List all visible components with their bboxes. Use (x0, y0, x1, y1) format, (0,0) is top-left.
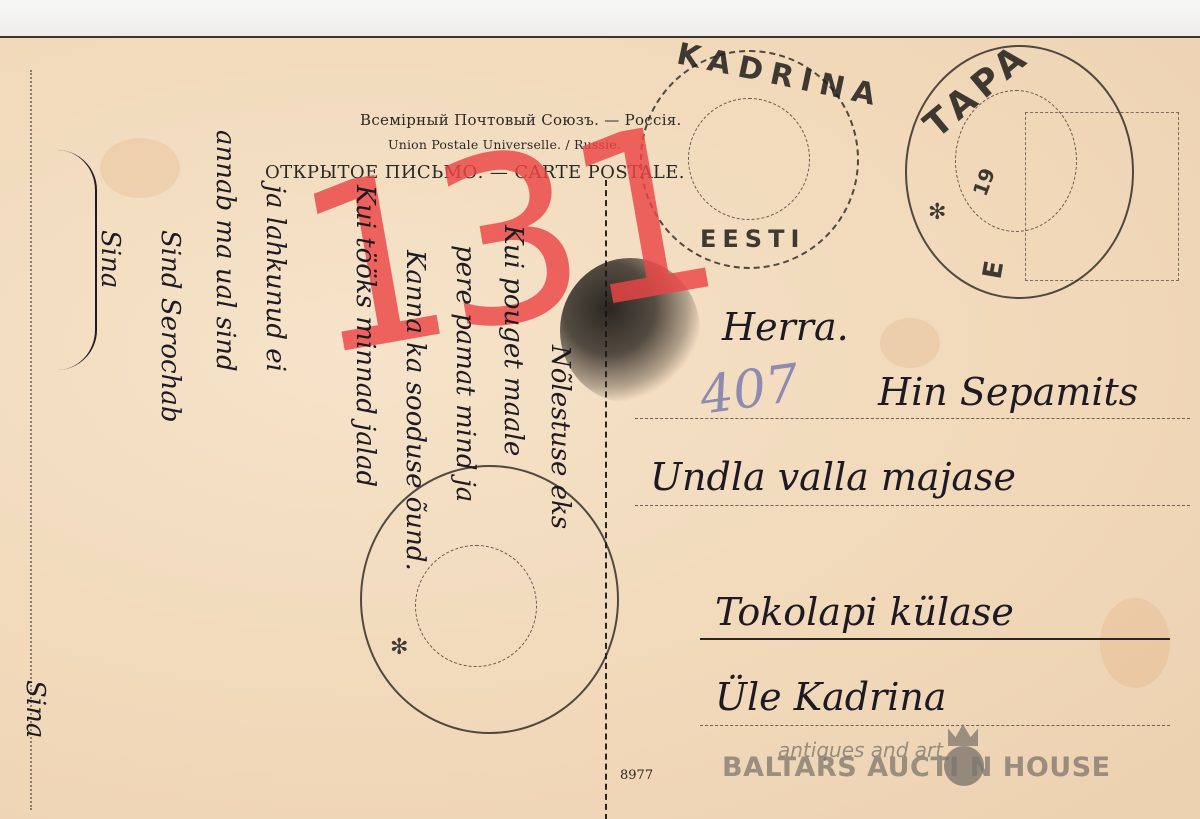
orb-icon (944, 746, 984, 786)
foxing-spot (100, 138, 180, 198)
address-line-2: Tokolapi külase (715, 590, 1014, 634)
address-name: Hin Sepamits (878, 370, 1138, 414)
address-line-3: Üle Kadrina (715, 675, 947, 719)
postmark-star-icon: ✻ (928, 200, 946, 225)
message-line: Sind Serochab (155, 230, 185, 423)
message-line: pere pamat mind ja (450, 245, 480, 502)
message-signature: Sina (20, 680, 50, 738)
watermark-brand: BALTARS AUCTI N HOUSE (722, 752, 1111, 783)
card-number: 8977 (620, 768, 653, 783)
address-salutation: Herra. (722, 305, 849, 349)
postmark-kadrina-inner (688, 98, 810, 220)
foxing-spot (880, 318, 940, 368)
message-line: Kui pouget maale (498, 225, 528, 456)
message-line: Sina (95, 230, 125, 288)
message-line: ja lahkunud ei (260, 185, 290, 372)
message-line: annab ma ual sind (210, 130, 240, 372)
address-line-1: Undla valla majase (650, 455, 1016, 499)
address-line (700, 725, 1170, 726)
photo-backdrop (0, 0, 1200, 40)
ink-flourish (55, 150, 97, 370)
message-line: Nõlestuse eks (545, 345, 575, 529)
address-line (700, 638, 1170, 640)
postmark-receiving-inner (415, 545, 537, 667)
postmark-star-icon: ✻ (390, 635, 408, 660)
postmark-kadrina-bottom-text: EESTI (700, 225, 805, 253)
message-line: Kanna ka sooduse õund. (400, 250, 430, 571)
foxing-spot (1100, 598, 1170, 688)
message-line: Kui tööks minnad jalad (350, 185, 380, 487)
address-line (635, 505, 1190, 506)
